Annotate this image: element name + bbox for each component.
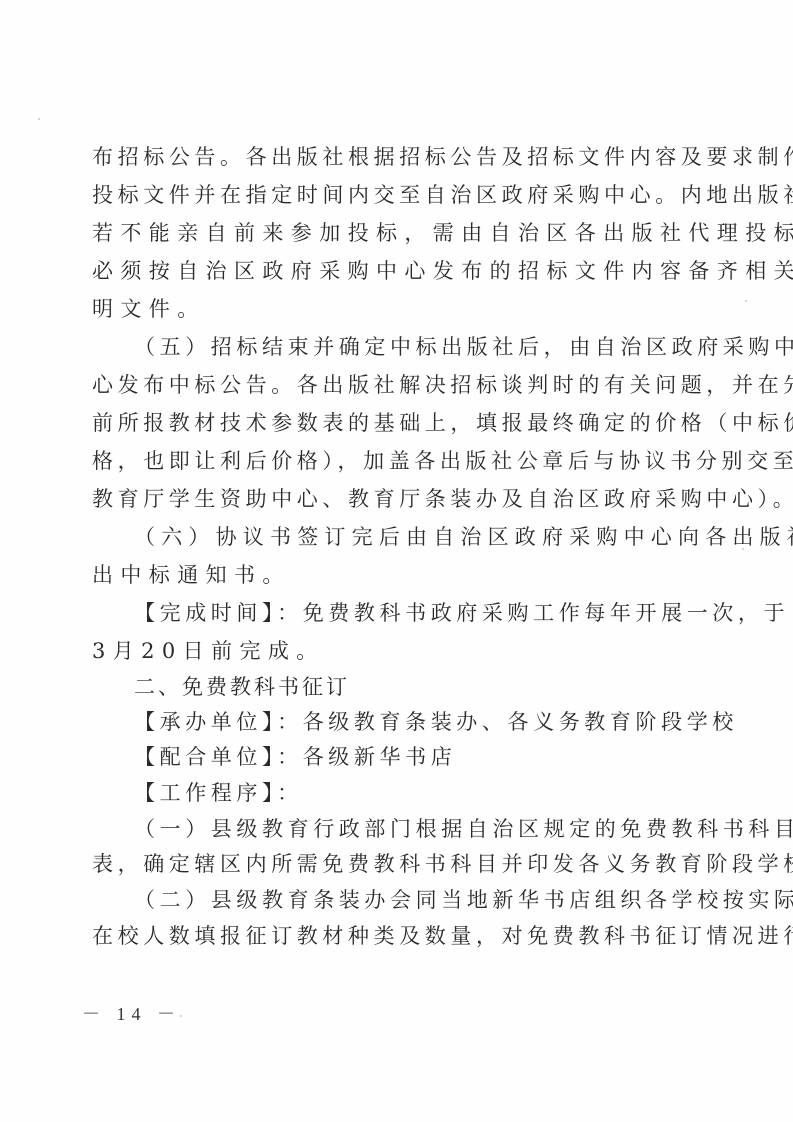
scan-speck: [38, 118, 40, 120]
text-line: 前所报教材技术参数表的基础上，填报最终确定的价格（中标价: [92, 408, 672, 438]
text-line: 必须按自治区政府采购中心发布的招标文件内容备齐相关证: [92, 256, 672, 286]
text-line: 在校人数填报征订教材种类及数量，对免费教科书征订情况进行: [92, 921, 672, 951]
text-line: 【完成时间】：免费教科书政府采购工作每年开展一次，于: [134, 598, 674, 628]
text-line: 投标文件并在指定时间内交至自治区政府采购中心。内地出版社: [92, 180, 672, 210]
text-line: 出中标通知书。: [92, 560, 672, 590]
text-line: 表，确定辖区内所需免费教科书科目并印发各义务教育阶段学校；: [92, 849, 672, 879]
text-line: 3月20日前完成。: [92, 636, 672, 666]
text-line: 心发布中标公告。各出版社解决招标谈判时的有关问题，并在先: [92, 370, 672, 400]
section-heading: 二、免费教科书征订: [134, 672, 674, 702]
text-line: （六）协议书签订完后由自治区政府采购中心向各出版社发: [134, 522, 674, 552]
text-line: 【承办单位】：各级教育条装办、各义务教育阶段学校: [134, 707, 674, 737]
text-line: 教育厅学生资助中心、教育厅条装办及自治区政府采购中心）。: [92, 484, 672, 514]
page-number: － 14 －: [82, 1000, 181, 1026]
text-line: 布招标公告。各出版社根据招标公告及招标文件内容及要求制作: [92, 142, 672, 172]
text-line: 若不能亲自前来参加投标，需由自治区各出版社代理投标的，: [92, 218, 672, 248]
text-line: 格，也即让利后价格），加盖各出版社公章后与协议书分别交至: [92, 446, 672, 476]
text-line: （二）县级教育条装办会同当地新华书店组织各学校按实际: [134, 885, 674, 915]
scan-speck: [745, 300, 747, 302]
text-line: （一）县级教育行政部门根据自治区规定的免费教科书科目: [134, 814, 674, 844]
text-line: （五）招标结束并确定中标出版社后，由自治区政府采购中: [134, 332, 674, 362]
text-line: 【配合单位】：各级新华书店: [134, 742, 674, 772]
scan-speck: [742, 548, 744, 550]
text-line: 【工作程序】：: [134, 778, 674, 808]
document-page: 布招标公告。各出版社根据招标公告及招标文件内容及要求制作投标文件并在指定时间内交…: [0, 0, 793, 1122]
scan-speck: [180, 1015, 182, 1017]
text-line: 明文件。: [92, 294, 672, 324]
